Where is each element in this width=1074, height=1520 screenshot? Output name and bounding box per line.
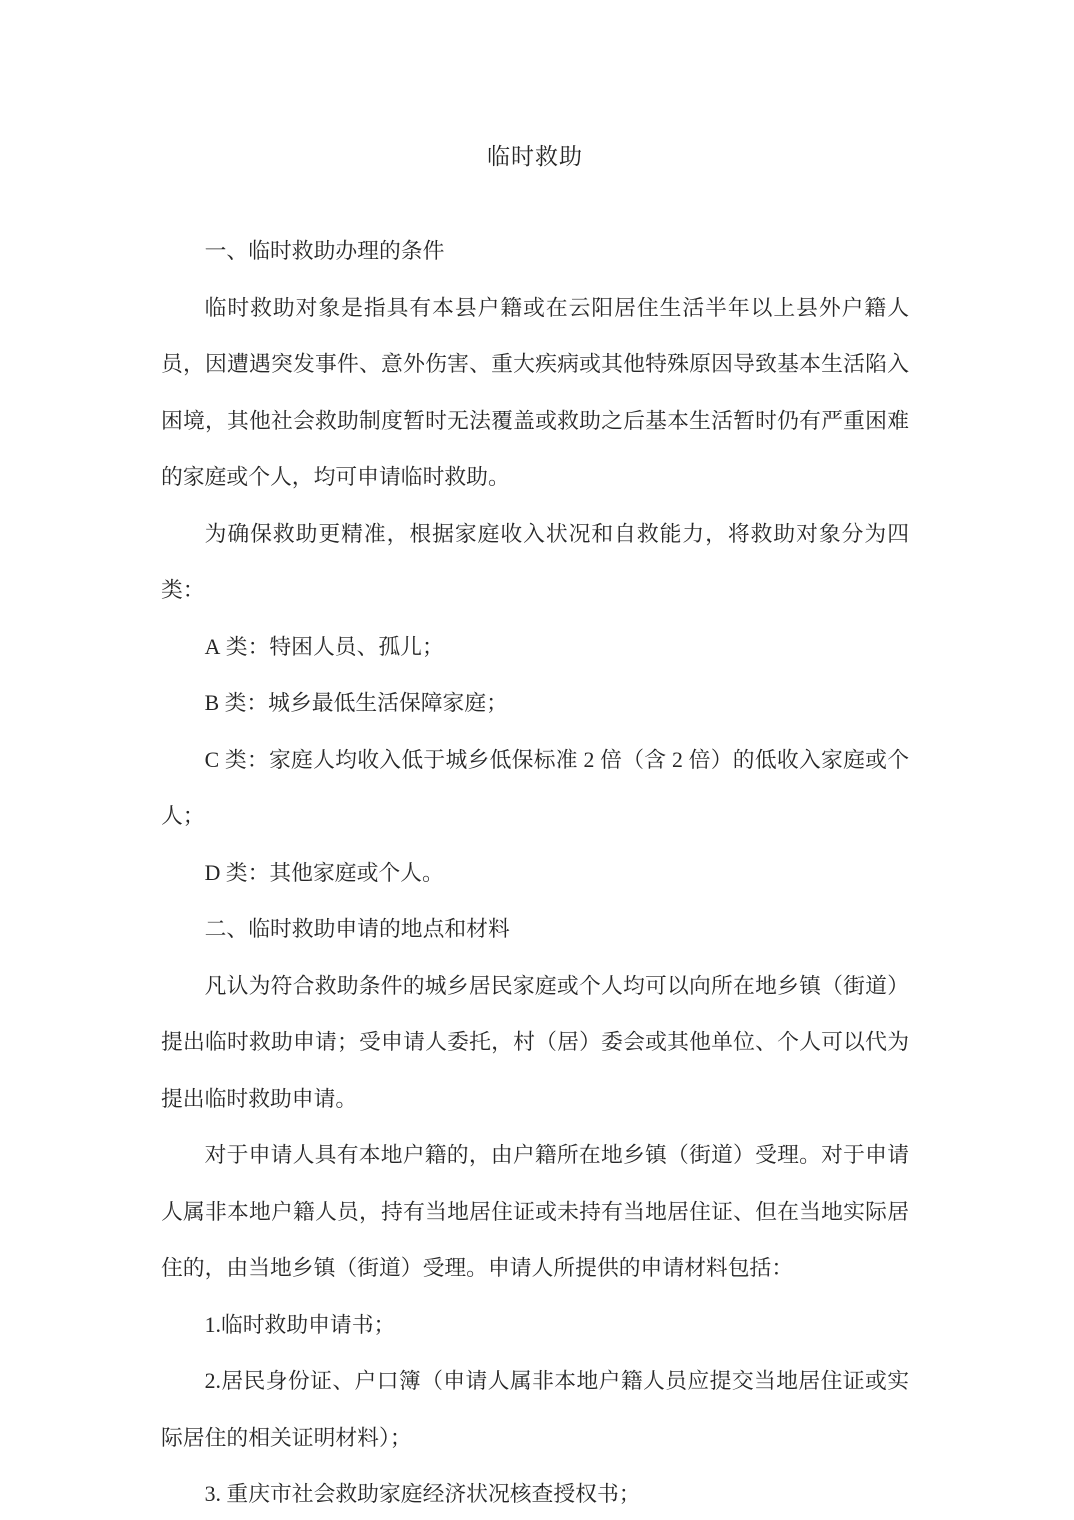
paragraph: 临时救助对象是指具有本县户籍或在云阳居住生活半年以上县外户籍人员，因遭遇突发事件… xyxy=(161,280,909,506)
list-item-material-3: 3. 重庆市社会救助家庭经济状况核查授权书； xyxy=(161,1466,909,1520)
paragraph: 凡认为符合救助条件的城乡居民家庭或个人均可以向所在地乡镇（街道）提出临时救助申请… xyxy=(161,958,909,1128)
list-item-class-a: A 类：特困人员、孤儿； xyxy=(161,619,909,676)
list-item-material-1: 1.临时救助申请书； xyxy=(161,1297,909,1354)
document-title: 临时救助 xyxy=(161,128,909,185)
list-item-material-2: 2.居民身份证、户口簿（申请人属非本地户籍人员应提交当地居住证或实际居住的相关证… xyxy=(161,1353,909,1466)
document-page: 临时救助 一、临时救助办理的条件 临时救助对象是指具有本县户籍或在云阳居住生活半… xyxy=(0,0,1074,1520)
section-heading-1: 一、临时救助办理的条件 xyxy=(161,223,909,280)
section-heading-2: 二、临时救助申请的地点和材料 xyxy=(161,901,909,958)
list-item-class-d: D 类：其他家庭或个人。 xyxy=(161,845,909,902)
paragraph: 对于申请人具有本地户籍的，由户籍所在地乡镇（街道）受理。对于申请人属非本地户籍人… xyxy=(161,1127,909,1297)
list-item-class-c: C 类：家庭人均收入低于城乡低保标准 2 倍（含 2 倍）的低收入家庭或个人； xyxy=(161,732,909,845)
document-body: 临时救助 一、临时救助办理的条件 临时救助对象是指具有本县户籍或在云阳居住生活半… xyxy=(161,128,909,1520)
list-item-class-b: B 类：城乡最低生活保障家庭； xyxy=(161,675,909,732)
paragraph: 为确保救助更精准，根据家庭收入状况和自救能力，将救助对象分为四类： xyxy=(161,506,909,619)
